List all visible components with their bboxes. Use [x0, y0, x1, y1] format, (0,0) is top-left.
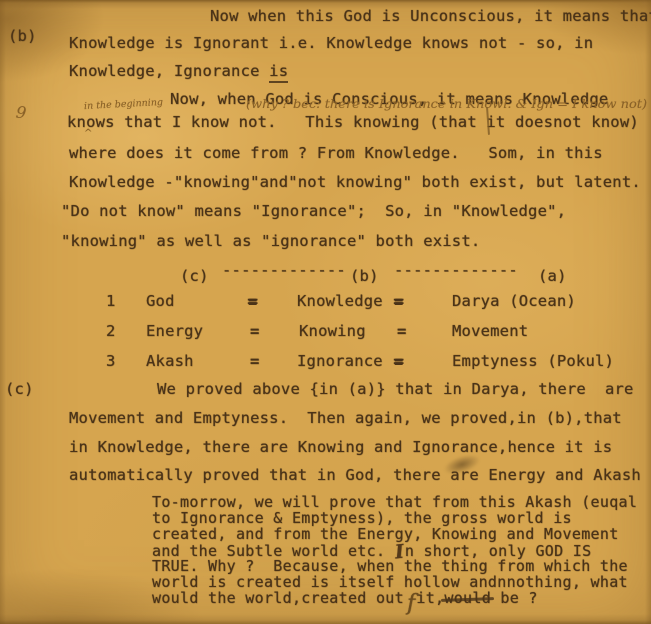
typed-line: Knowledge is Ignorant i.e. Knowledge kno… — [69, 33, 593, 53]
typed-line: Movement and Emptyness. Then again, we p… — [69, 408, 622, 428]
cell-energy: Energy — [146, 321, 203, 341]
cell-movement: Movement — [452, 321, 528, 341]
struck-word: would — [444, 589, 491, 607]
document-page: Now when this God is Unconscious, it mea… — [0, 0, 651, 624]
typed-line: TRUE. Why ? Because, when the thing from… — [152, 558, 628, 574]
cell-emptyness: Emptyness (Pokul) — [452, 351, 614, 371]
cell-ignorance: Ignorance — [297, 351, 383, 371]
cell-knowledge: Knowledge — [297, 291, 383, 311]
typed-line: Knowledge, Ignorance is — [69, 61, 288, 81]
typed-line: where does it come from ? From Knowledge… — [69, 143, 603, 163]
typed-line: in Knowledge, there are Knowing and Igno… — [69, 437, 612, 457]
typed-line: automatically proved that in God, there … — [69, 465, 641, 485]
margin-label-b: (b) — [8, 26, 37, 46]
cell-darya: Darya (Ocean) — [452, 291, 576, 311]
typed-text: it, — [416, 589, 444, 607]
row-number: 1 — [106, 291, 116, 311]
table-header-b: (b) — [350, 266, 379, 286]
typed-text: Knowledge, Ignorance — [69, 62, 269, 80]
caret-insertion-mark: ^ — [84, 128, 92, 139]
equals-sign: = — [250, 351, 260, 371]
typed-line: created, and from the Energy, Knowing an… — [152, 526, 619, 542]
typed-line: To-morrow, we will prove that from this … — [152, 494, 637, 510]
typed-line: "Do not know" means "Ignorance"; So, in … — [61, 201, 566, 221]
dashed-rule: ------------- — [222, 260, 346, 280]
margin-label-c: (c) — [5, 379, 34, 399]
cell-god: God — [146, 291, 175, 311]
row-number: 2 — [106, 321, 116, 341]
cell-akash: Akash — [146, 351, 194, 371]
typed-line: We proved above {in (a)} that in Darya, … — [157, 379, 634, 399]
handwritten-note-right: (why ? bec: there is Ignorance in Knowl.… — [246, 97, 647, 111]
typed-line: would the world,created outfit,would be … — [152, 590, 538, 606]
typed-line: world is created is itself hollow andnno… — [152, 574, 628, 590]
equals-sign: = — [394, 351, 404, 371]
equals-sign: = — [394, 291, 404, 311]
typed-line: knows that I know not. This knowing (tha… — [67, 112, 639, 132]
table-header-c: (c) — [180, 266, 209, 286]
typed-line: Knowledge -"knowing"and"not knowing" bot… — [69, 172, 641, 192]
typed-text: be ? — [491, 589, 538, 607]
typed-line: "knowing" as well as "ignorance" both ex… — [61, 231, 480, 251]
equals-sign: = — [248, 291, 258, 311]
cell-knowing: Knowing — [299, 321, 366, 341]
table-header-a: (a) — [538, 266, 567, 286]
typed-line: to Ignorance & Emptyness), the gross wor… — [152, 510, 572, 526]
typed-line: Now when this God is Unconscious, it mea… — [210, 6, 651, 26]
typed-text: would the world,created out — [152, 589, 404, 607]
underlined-word: is — [269, 62, 288, 83]
handwritten-note-left: in the beginning — [84, 97, 164, 112]
equals-sign: = — [397, 321, 407, 341]
equals-sign: = — [250, 321, 260, 341]
margin-mark: 9 — [15, 103, 27, 123]
row-number: 3 — [106, 351, 116, 371]
dashed-rule: ------------- — [394, 260, 518, 280]
